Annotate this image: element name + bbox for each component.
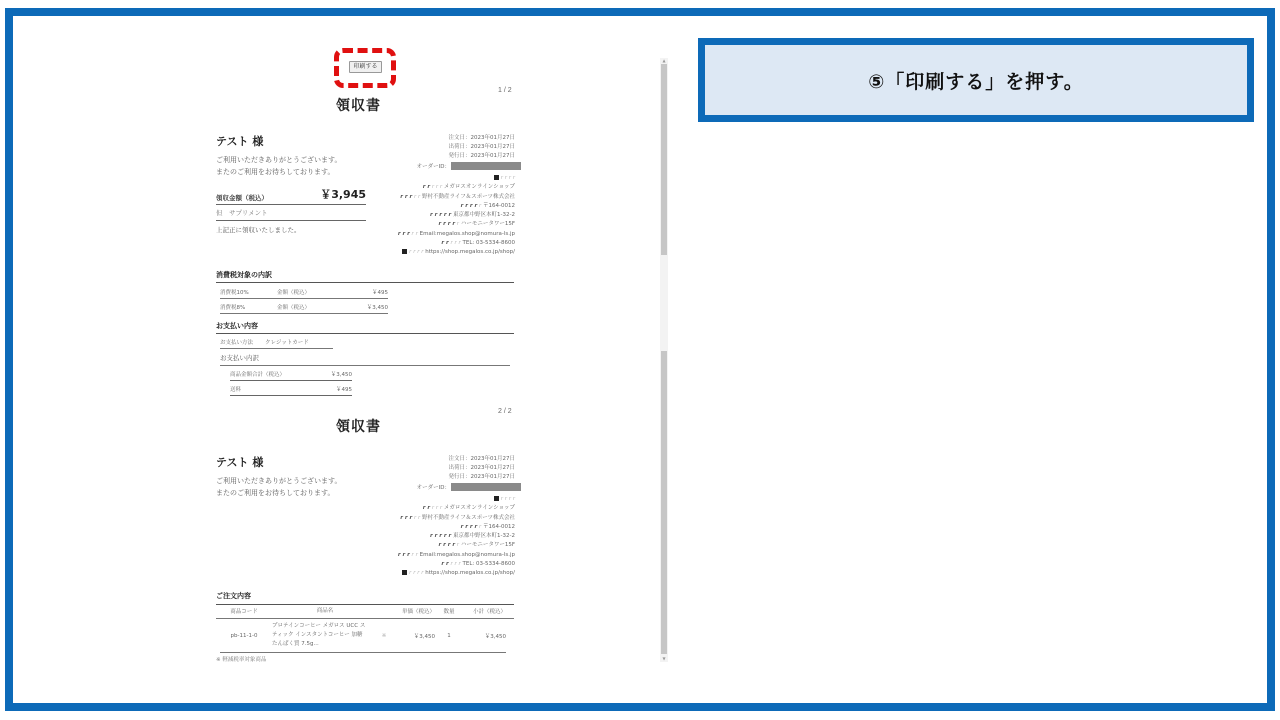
company-name: 野村不動産ライフ＆スポーツ株式会社 [422, 515, 515, 521]
reduced-tax-mark: ※ [378, 633, 390, 639]
payment-item-value: ￥495 [336, 385, 352, 393]
col-header-mark [378, 607, 390, 616]
company-shop-name: メガロスオンラインショップ [444, 505, 515, 511]
order-id-row: オーダーID： [417, 483, 521, 491]
company-building: ハーモニータワー15F [461, 542, 515, 548]
square-mark-icon [494, 496, 499, 501]
customer-name: テスト 様 [216, 133, 263, 149]
thanks-message: ご利用いただきありがとうございます。 またのご利用をお待ちしております。 [216, 154, 341, 178]
order-table-header: 商品コード 商品名 単価（税込） 数量 小計（税込） [216, 604, 514, 619]
thanks-line: またのご利用をお待ちしております。 [216, 166, 341, 178]
tax-label: 金額（税込） [277, 288, 372, 296]
payment-item-label: 商品金額合計（税込） [230, 370, 285, 378]
page-number: 2 / 2 [498, 408, 512, 415]
seal-mark-row: r r r r [398, 174, 515, 183]
product-name-line: プロテインコーヒー メガロス UCC ス [272, 622, 378, 631]
order-id-row: オーダーID： [417, 162, 521, 170]
company-tel: TEL: 03-5334-8600 [463, 561, 515, 567]
company-email: Email:megalos.shop@nomura-ls.jp [420, 552, 515, 558]
payment-breakdown-heading: お支払い内訳 [220, 353, 510, 366]
thanks-line: またのご利用をお待ちしております。 [216, 487, 341, 499]
thanks-line: ご利用いただきありがとうございます。 [216, 475, 341, 487]
print-button[interactable]: 印刷する [349, 61, 382, 73]
product-code: pb-11-1-0 [220, 633, 268, 639]
company-email: Email:megalos.shop@nomura-ls.jp [420, 231, 515, 237]
instruction-banner: ⑤「印刷する」を押す。 [698, 38, 1254, 122]
product-name: プロテインコーヒー メガロス UCC ス ティック インスタントコーヒー 加糖 … [268, 622, 378, 649]
col-header-subtotal: 小計（税込） [463, 607, 506, 616]
product-name-line: ティック インスタントコーヒー 加糖 [272, 631, 378, 640]
print-preview: 印刷する 1 / 2 領収書 テスト 様 ご利用いただきありがとうございます。 … [200, 40, 530, 665]
amount-value: ￥3,945 [320, 186, 366, 202]
order-contents-heading: ご注文内容 [216, 591, 514, 603]
subtotal: ￥3,450 [463, 632, 506, 640]
payment-item-label: 送料 [230, 385, 241, 393]
received-statement: 上記正に領収いたしました。 [216, 225, 301, 234]
company-postal: 〒164-0012 [483, 203, 515, 209]
square-mark-icon [494, 175, 499, 180]
payment-method-label: お支払い方法 [220, 338, 265, 346]
order-date: 注文日：2023年01月27日 [449, 455, 516, 464]
company-postal: 〒164-0012 [483, 524, 515, 530]
company-address: 東京都中野区本町1-32-2 [453, 212, 515, 218]
receipt-amount-row: 領収金額（税込） ￥3,945 [216, 186, 366, 205]
receipt-purpose: 但 サプリメント [216, 208, 366, 221]
ship-date: 出荷日：2023年01月27日 [449, 464, 516, 473]
col-header-code: 商品コード [220, 607, 268, 616]
tax-value: ￥495 [372, 288, 388, 296]
ship-date: 出荷日：2023年01月27日 [449, 143, 516, 152]
tax-label: 金額（税込） [277, 303, 367, 311]
col-header-price: 単価（税込） [390, 607, 435, 616]
tax-rate: 消費税8% [220, 303, 277, 311]
issue-date: 発行日：2023年01月27日 [449, 152, 516, 161]
tax-breakdown-heading: 消費税対象の内訳 [216, 270, 514, 283]
quantity: 1 [435, 633, 463, 639]
order-id-redacted [451, 483, 521, 491]
payment-item: 送料 ￥495 [230, 385, 352, 396]
receipt-title: 領収書 [336, 416, 381, 436]
order-id-label: オーダーID： [417, 162, 450, 170]
company-tel: TEL: 03-5334-8600 [463, 240, 515, 246]
tax-rate: 消費税10% [220, 288, 277, 296]
order-date: 注文日：2023年01月27日 [449, 134, 516, 143]
company-name: 野村不動産ライフ＆スポーツ株式会社 [422, 194, 515, 200]
payment-item-value: ￥3,450 [331, 370, 352, 378]
payment-method-row: お支払い方法 クレジットカード [220, 338, 333, 349]
company-shop-name: メガロスオンラインショップ [444, 184, 515, 190]
payment-heading: お支払い内容 [216, 321, 514, 334]
dates-block: 注文日：2023年01月27日 出荷日：2023年01月27日 発行日：2023… [449, 134, 516, 161]
company-block: r r r r r r r r r メガロスオンラインショップ r r r r … [398, 174, 515, 258]
dates-block: 注文日：2023年01月27日 出荷日：2023年01月27日 発行日：2023… [449, 455, 516, 482]
instruction-text: ⑤「印刷する」を押す。 [868, 67, 1084, 94]
product-name-line: たんぱく質 7.5g... [272, 640, 378, 649]
reduced-tax-note: ※ 軽減税率対象商品 [216, 655, 514, 663]
company-url: https://shop.megalos.co.jp/shop/ [425, 570, 515, 576]
col-header-name: 商品名 [268, 607, 378, 616]
issue-date: 発行日：2023年01月27日 [449, 473, 516, 482]
scrollbar-thumb[interactable] [661, 64, 667, 255]
receipt-title: 領収書 [336, 95, 381, 115]
payment-item: 商品金額合計（税込） ￥3,450 [230, 370, 352, 381]
table-row: pb-11-1-0 プロテインコーヒー メガロス UCC ス ティック インスタ… [220, 619, 506, 653]
payment-method-value: クレジットカード [265, 338, 309, 346]
tax-value: ￥3,450 [367, 303, 388, 311]
order-id-redacted [451, 162, 521, 170]
company-address: 東京都中野区本町1-32-2 [453, 533, 515, 539]
order-table: 商品コード 商品名 単価（税込） 数量 小計（税込） pb-11-1-0 プロテ… [216, 604, 514, 663]
order-id-label: オーダーID： [417, 483, 450, 491]
customer-name: テスト 様 [216, 454, 263, 470]
col-header-qty: 数量 [435, 607, 463, 616]
company-url: https://shop.megalos.co.jp/shop/ [425, 249, 515, 255]
preview-scrollbar[interactable]: ▲ ▼ [660, 58, 668, 662]
thanks-message: ご利用いただきありがとうございます。 またのご利用をお待ちしております。 [216, 475, 341, 499]
scrollbar-track-segment[interactable] [661, 351, 667, 654]
company-block: r r r r r r r r r メガロスオンラインショップ r r r r … [398, 495, 515, 579]
company-building: ハーモニータワー15F [461, 221, 515, 227]
tax-row: 消費税10% 金額（税込） ￥495 [220, 288, 388, 299]
print-button-area: 印刷する [334, 48, 396, 88]
thanks-line: ご利用いただきありがとうございます。 [216, 154, 341, 166]
seal-mark-row: r r r r [398, 495, 515, 504]
tax-row: 消費税8% 金額（税込） ￥3,450 [220, 303, 388, 314]
page-number: 1 / 2 [498, 87, 512, 94]
unit-price: ￥3,450 [390, 632, 435, 640]
scroll-down-arrow-icon[interactable]: ▼ [660, 656, 668, 662]
amount-label: 領収金額（税込） [216, 193, 268, 202]
